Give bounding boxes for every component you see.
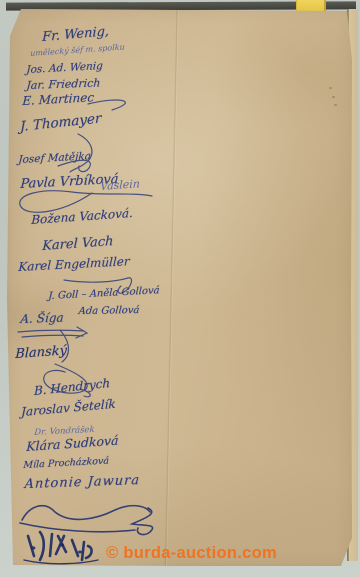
signature: A. Šíga bbox=[20, 311, 64, 325]
signature: Jar. Friedrich bbox=[26, 77, 101, 91]
signature: Vaslein bbox=[100, 178, 140, 192]
paper-speck bbox=[334, 104, 337, 106]
signature: Ada Gollová bbox=[78, 306, 140, 317]
paper-speck bbox=[332, 96, 335, 98]
signature: Blanský bbox=[15, 344, 67, 361]
signature: Antonie Jawura bbox=[24, 474, 140, 491]
scanned-autograph-photo: Fr. Wenig,umělecký šéf m. spolkuJos. Ad.… bbox=[0, 0, 360, 577]
paper-speck bbox=[329, 87, 332, 89]
signature: E. Martinec bbox=[22, 91, 94, 107]
watermark: © burda-auction.com bbox=[106, 544, 277, 563]
